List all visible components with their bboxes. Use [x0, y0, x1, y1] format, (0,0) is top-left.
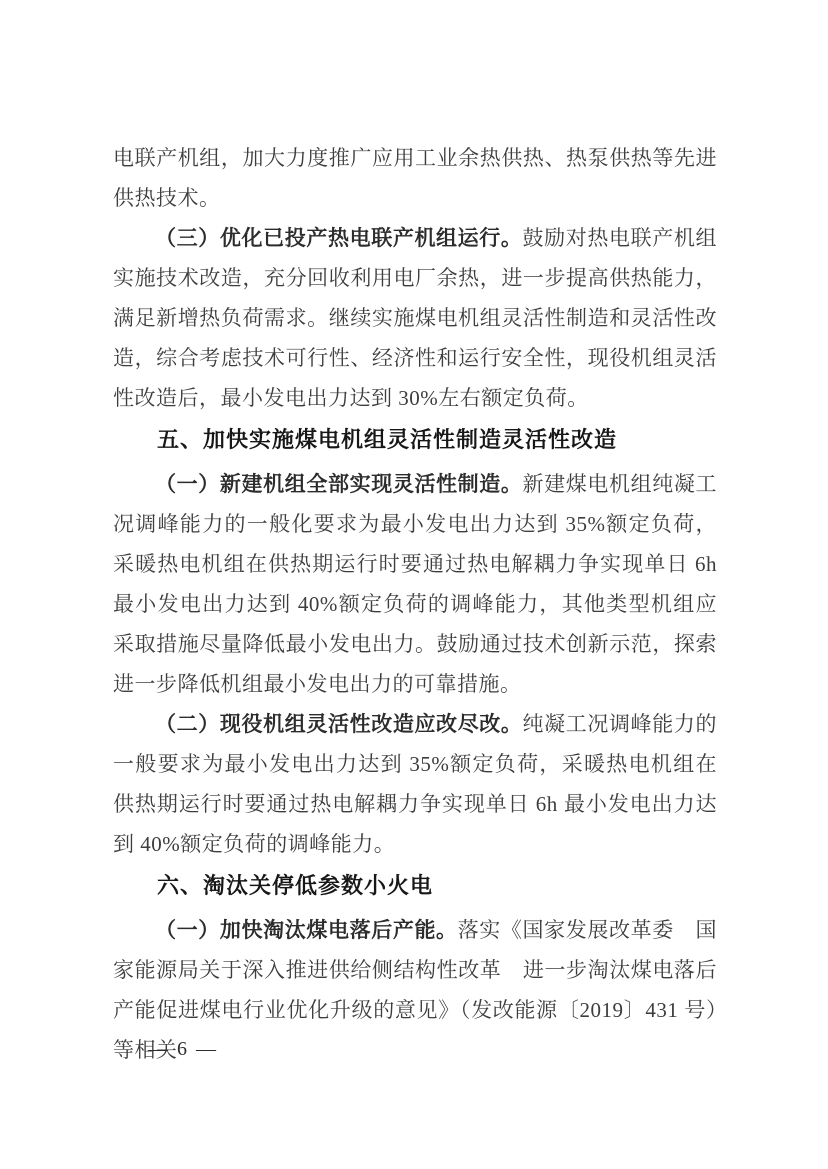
paragraph-lead-6-1: （一）加快淘汰煤电落后产能。: [155, 918, 458, 942]
paragraph-section-5-2: （二）现役机组灵活性改造应改尽改。纯凝工况调峰能力的一般要求为最小发电出力达到 …: [113, 704, 717, 864]
paragraph-lead-5-1: （一）新建机组全部实现灵活性制造。: [155, 472, 523, 496]
heading-section-5: 五、加快实施煤电机组灵活性制造灵活性改造: [113, 420, 717, 460]
paragraph-text-2-3: 鼓励对热电联产机组实施技术改造，充分回收利用电厂余热，进一步提高供热能力，满足新…: [113, 226, 717, 410]
document-page: 电联产机组，加大力度推广应用工业余热供热、热泵供热等先进供热技术。 （三）优化已…: [0, 0, 828, 1169]
paragraph-section-5-1: （一）新建机组全部实现灵活性制造。新建煤电机组纯凝工况调峰能力的一般化要求为最小…: [113, 464, 717, 704]
paragraph-lead-2-3: （三）优化已投产热电联产机组运行。: [155, 226, 523, 250]
heading-section-6: 六、淘汰关停低参数小火电: [113, 866, 717, 906]
page-number: — 6 —: [148, 1038, 218, 1061]
paragraph-section-2-3: （三）优化已投产热电联产机组运行。鼓励对热电联产机组实施技术改造，充分回收利用电…: [113, 218, 717, 418]
paragraph-lead-5-2: （二）现役机组灵活性改造应改尽改。: [155, 712, 523, 736]
paragraph-text-5-1: 新建煤电机组纯凝工况调峰能力的一般化要求为最小发电出力达到 35%额定负荷，采暖…: [113, 472, 717, 696]
paragraph-continuation: 电联产机组，加大力度推广应用工业余热供热、热泵供热等先进供热技术。: [113, 138, 717, 218]
document-body: 电联产机组，加大力度推广应用工业余热供热、热泵供热等先进供热技术。 （三）优化已…: [113, 138, 717, 1070]
